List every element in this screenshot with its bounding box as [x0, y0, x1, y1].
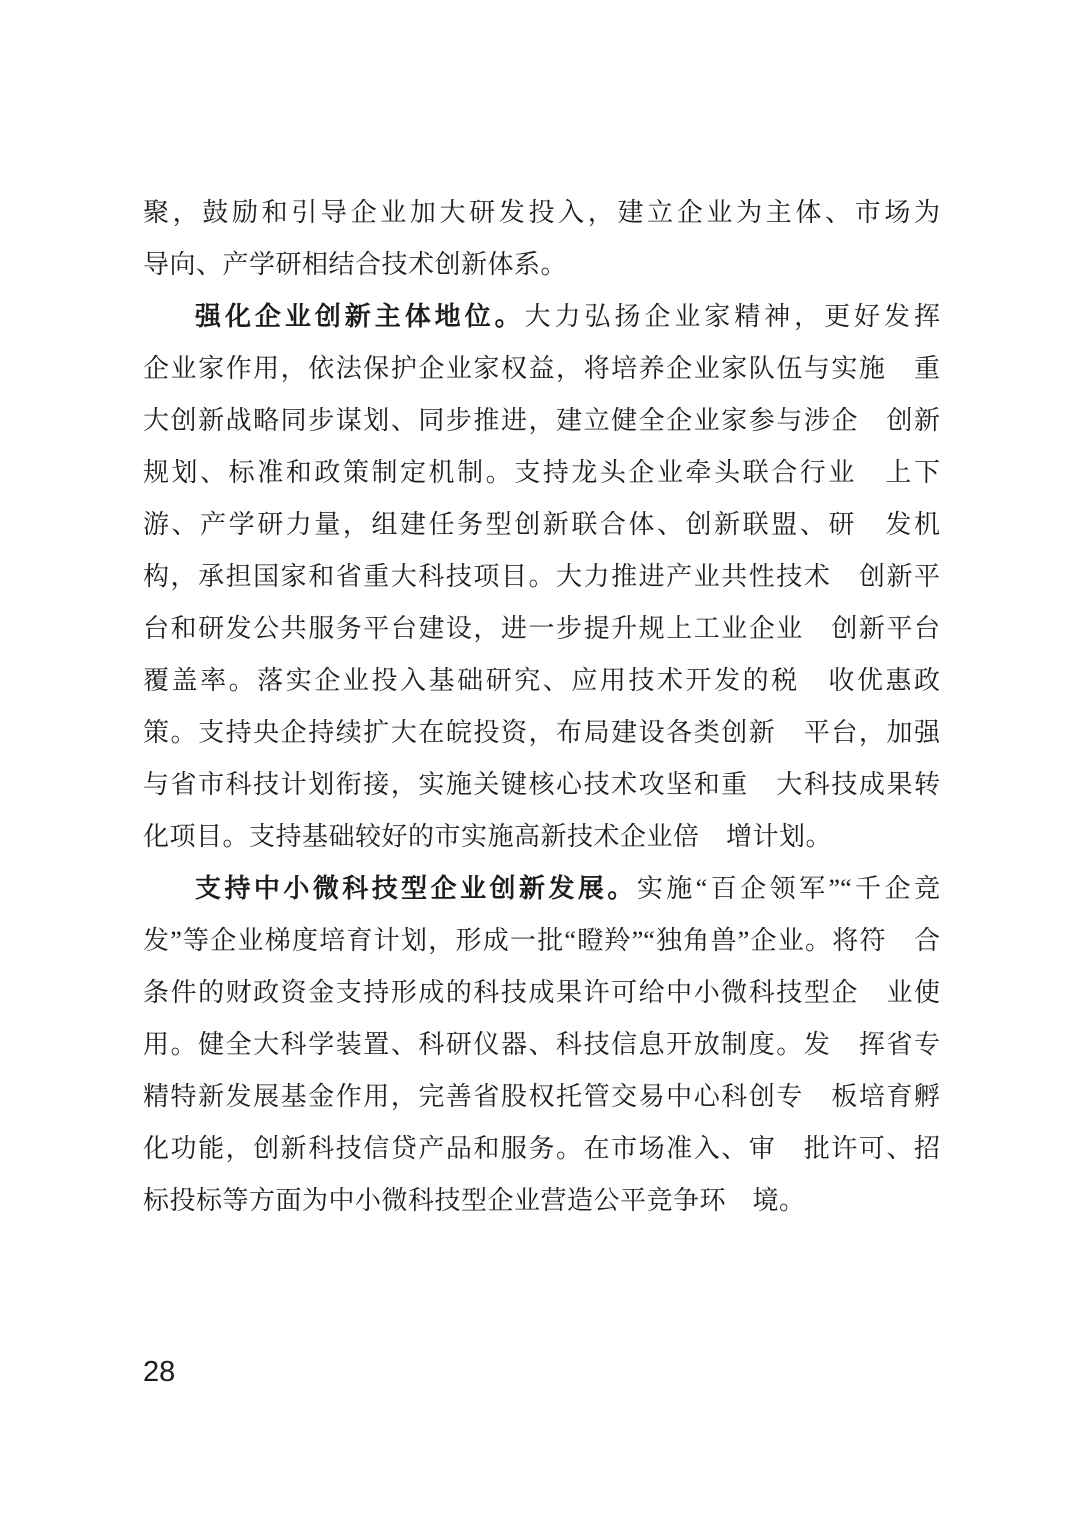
text-line: 企业家作用，依法保护企业家权益，将培养企业家队伍与实施 重 [143, 343, 940, 395]
text-segment: 企业家作用，依法保护企业家权益，将培养企业家队伍与实施 重 [143, 354, 940, 383]
text-line: 聚，鼓励和引导企业加大研发投入，建立企业为主体、市场为 [143, 187, 940, 239]
text-segment: 发”等企业梯度培育计划，形成一批“瞪羚”“独角兽”企业。将符 合 [143, 926, 940, 955]
text-line: 支持中小微科技型企业创新发展。实施“百企领军”“千企竞 [143, 863, 940, 915]
text-line: 游、产学研力量，组建任务型创新联合体、创新联盟、研 发机 [143, 499, 940, 551]
text-segment: 构，承担国家和省重大科技项目。大力推进产业共性技术 创新平 [143, 562, 940, 591]
text-line: 策。支持央企持续扩大在皖投资，布局建设各类创新 平台，加强 [143, 707, 940, 759]
text-line: 用。健全大科学装置、科研仪器、科技信息开放制度。发 挥省专 [143, 1019, 940, 1071]
bold-heading: 支持中小微科技型企业创新发展。 [195, 874, 637, 903]
text-segment: 化项目。支持基础较好的市实施高新技术企业倍 增计划。 [143, 822, 832, 851]
text-segment: 台和研发公共服务平台建设，进一步提升规上工业企业 创新平台 [143, 614, 940, 643]
text-segment: 与省市科技计划衔接，实施关键核心技术攻坚和重 大科技成果转 [143, 770, 940, 799]
text-segment: 大力弘扬企业家精神，更好发挥 [525, 302, 940, 331]
text-line: 标投标等方面为中小微科技型企业营造公平竞争环 境。 [143, 1175, 940, 1227]
page-number: 28 [143, 1352, 175, 1392]
text-line: 大创新战略同步谋划、同步推进，建立健全企业家参与涉企 创新 [143, 395, 940, 447]
paragraph: 支持中小微科技型企业创新发展。实施“百企领军”“千企竞发”等企业梯度培育计划，形… [143, 863, 940, 1227]
text-segment: 大创新战略同步谋划、同步推进，建立健全企业家参与涉企 创新 [143, 406, 940, 435]
text-segment: 策。支持央企持续扩大在皖投资，布局建设各类创新 平台，加强 [143, 718, 940, 747]
bold-heading: 强化企业创新主体地位。 [195, 302, 525, 331]
text-segment: 导向、产学研相结合技术创新体系。 [143, 250, 567, 279]
text-line: 覆盖率。落实企业投入基础研究、应用技术开发的税 收优惠政 [143, 655, 940, 707]
text-line: 化项目。支持基础较好的市实施高新技术企业倍 增计划。 [143, 811, 940, 863]
text-line: 强化企业创新主体地位。大力弘扬企业家精神，更好发挥 [143, 291, 940, 343]
text-segment: 化功能，创新科技信贷产品和服务。在市场准入、审 批许可、招 [143, 1134, 940, 1163]
text-segment: 规划、标准和政策制定机制。支持龙头企业牵头联合行业 上下 [143, 458, 940, 487]
text-line: 发”等企业梯度培育计划，形成一批“瞪羚”“独角兽”企业。将符 合 [143, 915, 940, 967]
text-line: 台和研发公共服务平台建设，进一步提升规上工业企业 创新平台 [143, 603, 940, 655]
paragraph: 聚，鼓励和引导企业加大研发投入，建立企业为主体、市场为导向、产学研相结合技术创新… [143, 187, 940, 291]
text-segment: 标投标等方面为中小微科技型企业营造公平竞争环 境。 [143, 1186, 806, 1215]
text-segment: 条件的财政资金支持形成的科技成果许可给中小微科技型企 业使 [143, 978, 940, 1007]
text-segment: 实施“百企领军”“千企竞 [637, 874, 940, 903]
text-line: 导向、产学研相结合技术创新体系。 [143, 239, 940, 291]
document-page: 聚，鼓励和引导企业加大研发投入，建立企业为主体、市场为导向、产学研相结合技术创新… [0, 0, 1080, 1527]
text-segment: 聚，鼓励和引导企业加大研发投入，建立企业为主体、市场为 [143, 198, 940, 227]
paragraph: 强化企业创新主体地位。大力弘扬企业家精神，更好发挥企业家作用，依法保护企业家权益… [143, 291, 940, 863]
text-line: 精特新发展基金作用，完善省股权托管交易中心科创专 板培育孵 [143, 1071, 940, 1123]
text-line: 与省市科技计划衔接，实施关键核心技术攻坚和重 大科技成果转 [143, 759, 940, 811]
text-line: 条件的财政资金支持形成的科技成果许可给中小微科技型企 业使 [143, 967, 940, 1019]
body-text: 聚，鼓励和引导企业加大研发投入，建立企业为主体、市场为导向、产学研相结合技术创新… [143, 187, 940, 1227]
text-segment: 覆盖率。落实企业投入基础研究、应用技术开发的税 收优惠政 [143, 666, 940, 695]
text-segment: 游、产学研力量，组建任务型创新联合体、创新联盟、研 发机 [143, 510, 940, 539]
text-line: 规划、标准和政策制定机制。支持龙头企业牵头联合行业 上下 [143, 447, 940, 499]
text-line: 构，承担国家和省重大科技项目。大力推进产业共性技术 创新平 [143, 551, 940, 603]
text-segment: 用。健全大科学装置、科研仪器、科技信息开放制度。发 挥省专 [143, 1030, 940, 1059]
text-line: 化功能，创新科技信贷产品和服务。在市场准入、审 批许可、招 [143, 1123, 940, 1175]
text-segment: 精特新发展基金作用，完善省股权托管交易中心科创专 板培育孵 [143, 1082, 940, 1111]
